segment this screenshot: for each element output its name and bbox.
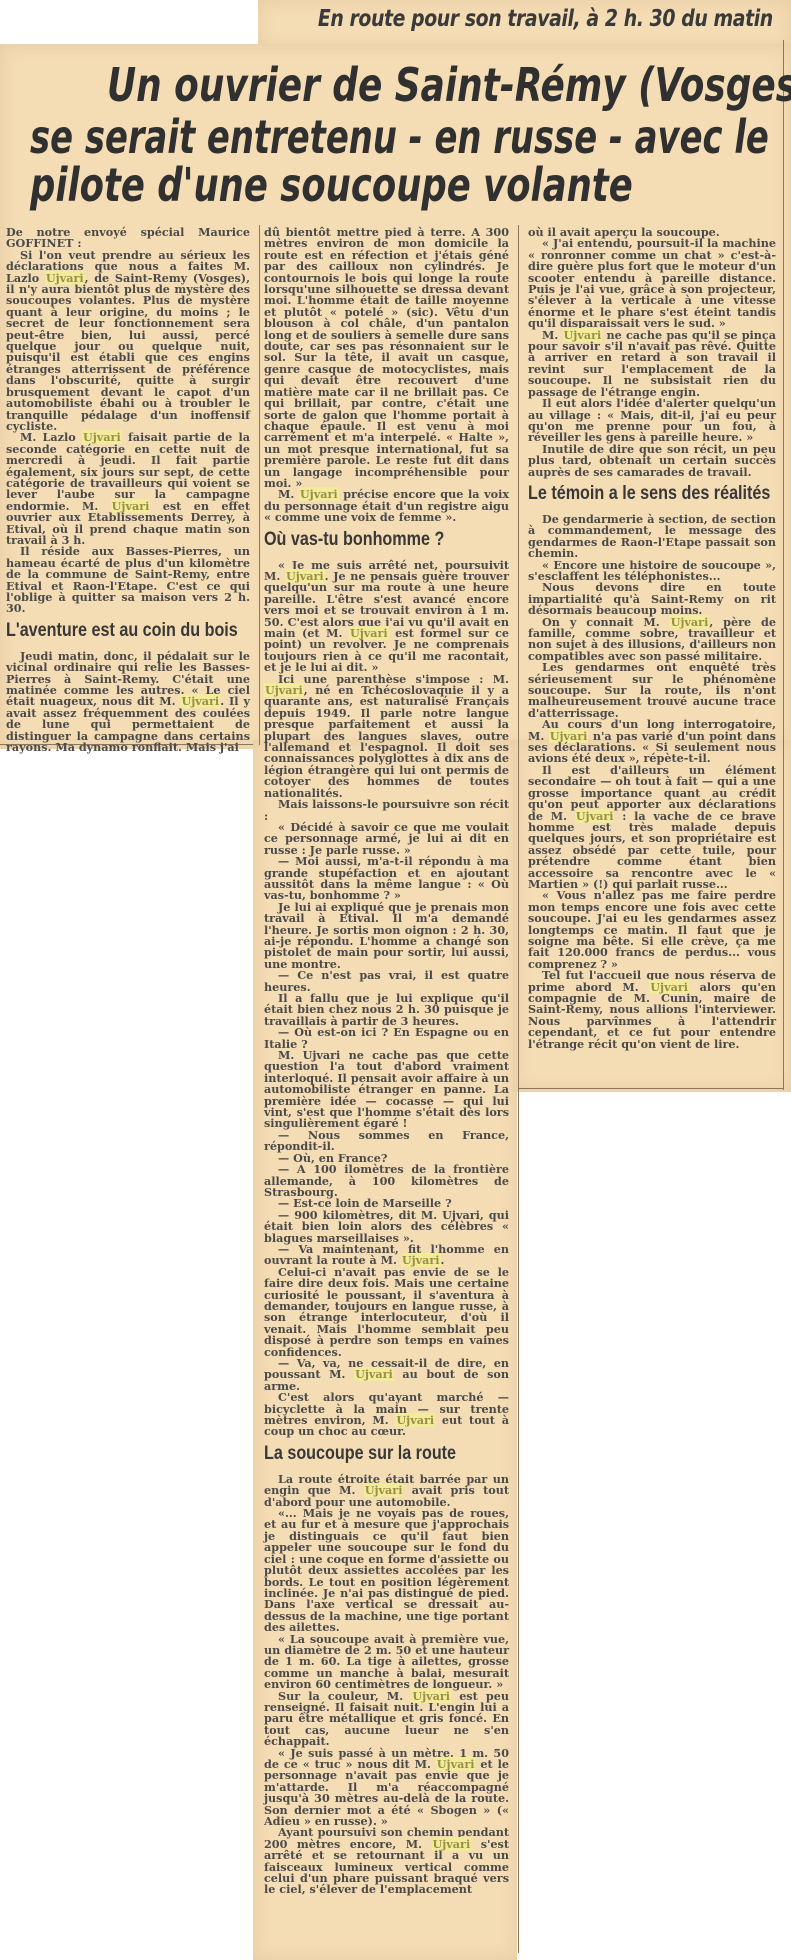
highlighted-name: Ujvari	[285, 569, 325, 583]
article-paragraph: Je lui ai expliqué que je prenais mon tr…	[264, 902, 509, 970]
article-paragraph: On y connait M. Ujvari, père de famille,…	[528, 617, 776, 663]
article-paragraph: «... Mais je ne voyais pas de roues, et …	[264, 1508, 509, 1633]
article-column-middle: dû bientôt mettre pied à terre. A 300 mè…	[264, 227, 509, 1896]
article-paragraph: — Moi aussi, m'a-t-il répondu à ma grand…	[264, 856, 509, 902]
article-paragraph: Il réside aux Basses-Pierres, un hameau …	[6, 546, 250, 614]
article-paragraph: Tel fut l'accueil que nous réserva de pr…	[528, 970, 776, 1050]
highlighted-name: Ujvari	[299, 487, 339, 501]
article-paragraph: Ici une parenthèse s'impose : M. Ujvari,…	[264, 674, 509, 799]
highlighted-name: Ujvari	[349, 626, 389, 640]
highlighted-name: Ujvari	[395, 1413, 435, 1427]
column-divider-left	[259, 225, 260, 745]
highlighted-name: Ujvari	[264, 683, 304, 697]
article-paragraph: C'est alors qu'ayant marché — bicyclette…	[264, 1392, 509, 1438]
section-heading: La soucoupe sur la route	[264, 1442, 472, 1466]
article-paragraph: Jeudi matin, donc, il pédalait sur le vi…	[6, 651, 250, 754]
article-paragraph: « Décidé à savoir ce que me voulait ce p…	[264, 822, 509, 856]
section-heading: L'aventure est au coin du bois	[6, 619, 213, 643]
highlighted-name: Ujvari	[364, 1483, 404, 1497]
right-column-bottom-rule	[519, 1088, 783, 1089]
article-column-left: De notre envoyé spécial Maurice GOFFINET…	[6, 227, 250, 753]
highlighted-name: Ujvari	[549, 729, 589, 743]
article-paragraph: « Vous n'allez pas me faire perdre mon t…	[528, 890, 776, 970]
section-heading: Le témoin a le sens des réalités	[528, 482, 739, 506]
highlighted-name: Ujvari	[432, 1837, 472, 1851]
highlighted-name: Ujvari	[670, 615, 710, 629]
clipping-right-edge-rule	[783, 40, 784, 1090]
column-divider-right	[518, 225, 519, 1953]
headline-line-2: se serait entretenu - en russe - avec le	[30, 110, 769, 164]
article-paragraph: Il est d'ailleurs un élément secondaire …	[528, 765, 776, 890]
headline-line-1: Un ouvrier de Saint-Rémy (Vosges)	[107, 58, 791, 112]
highlighted-name: Ujvari	[436, 1757, 476, 1771]
article-paragraph: De notre envoyé spécial Maurice GOFFINET…	[6, 227, 250, 250]
article-paragraph: — Va maintenant, fit l'homme en ouvrant …	[264, 1244, 509, 1267]
article-paragraph: — Où est-on ici ? En Espagne ou en Itali…	[264, 1027, 509, 1050]
article-paragraph: Inutile de dire que son récit, un peu pl…	[528, 444, 776, 478]
headline-line-3: pilote d'une soucoupe volante	[30, 158, 633, 212]
highlighted-name: Ujvari	[180, 694, 220, 708]
article-paragraph: Les gendarmes ont enquêté très sérieusem…	[528, 662, 776, 719]
article-paragraph: De gendarmerie à section, de section à c…	[528, 514, 776, 560]
highlighted-name: Ujvari	[411, 1689, 451, 1703]
article-paragraph: La route étroite était barrée par un eng…	[264, 1474, 509, 1508]
article-paragraph: « J'ai entendu, poursuit-il la machine «…	[528, 238, 776, 329]
highlighted-name: Ujvari	[111, 499, 151, 513]
article-paragraph: dû bientôt mettre pied à terre. A 300 mè…	[264, 227, 509, 489]
article-paragraph: Ayant poursuivi son chemin pendant 200 m…	[264, 1827, 509, 1895]
article-paragraph: « Encore une histoire de soucoupe », s'e…	[528, 560, 776, 583]
highlighted-name: Ujvari	[563, 328, 603, 342]
article-paragraph: « Je me suis arrêté net, poursuivit M. U…	[264, 560, 509, 674]
article-paragraph: Sur la couleur, M. Ujvari est peu rensei…	[264, 1691, 509, 1748]
highlighted-name: Ujvari	[575, 809, 615, 823]
article-paragraph: — Ce n'est pas vrai, il est quatre heure…	[264, 970, 509, 993]
article-paragraph: Il a fallu que je lui explique qu'il éta…	[264, 993, 509, 1027]
article-paragraph: « Je suis passé à un mètre, 1 m. 50 de c…	[264, 1748, 509, 1828]
article-paragraph: M. Ujvari ne cache pas qu'il se pinça po…	[528, 330, 776, 398]
article-paragraph: M. Lazlo Ujvari faisait partie de la sec…	[6, 432, 250, 546]
article-paragraph: — Nous sommes en France, répondit-il.	[264, 1130, 509, 1153]
article-paragraph: Nous devons dire en toute impartialité q…	[528, 582, 776, 616]
highlighted-name: Ujvari	[354, 1367, 394, 1381]
article-paragraph: Il eut alors l'idée d'alerter quelqu'un …	[528, 398, 776, 444]
article-column-right: où il avait aperçu la soucoupe.« J'ai en…	[528, 227, 776, 1050]
highlighted-name: Ujvari	[45, 271, 85, 285]
article-paragraph: M. Ujvari ne cache pas que cette questio…	[264, 1050, 509, 1130]
article-paragraph: Mais laissons-le poursuivre son récit :	[264, 799, 509, 822]
article-paragraph: — A 100 ilomètres de la frontière allema…	[264, 1164, 509, 1198]
article-paragraph: M. Ujvari précise encore que la voix du …	[264, 489, 509, 523]
section-heading: Où vas-tu bonhomme ?	[264, 528, 472, 552]
highlighted-name: Ujvari	[649, 980, 689, 994]
article-paragraph: — Va, va, ne cessait-il de dire, en pous…	[264, 1358, 509, 1392]
article-paragraph: Si l'on veut prendre au sérieux les décl…	[6, 250, 250, 433]
article-kicker: En route pour son travail, à 2 h. 30 du …	[318, 6, 736, 32]
highlighted-name: Ujvari	[82, 430, 122, 444]
article-paragraph: Au cours d'un long interrogatoire, M. Uj…	[528, 719, 776, 765]
article-paragraph: — 900 kilomètres, dit M. Ujvari, qui éta…	[264, 1210, 509, 1244]
article-paragraph: « La soucoupe avait à première vue, un d…	[264, 1634, 509, 1691]
article-paragraph: Celui-ci n'avait pas envie de se le fair…	[264, 1267, 509, 1358]
